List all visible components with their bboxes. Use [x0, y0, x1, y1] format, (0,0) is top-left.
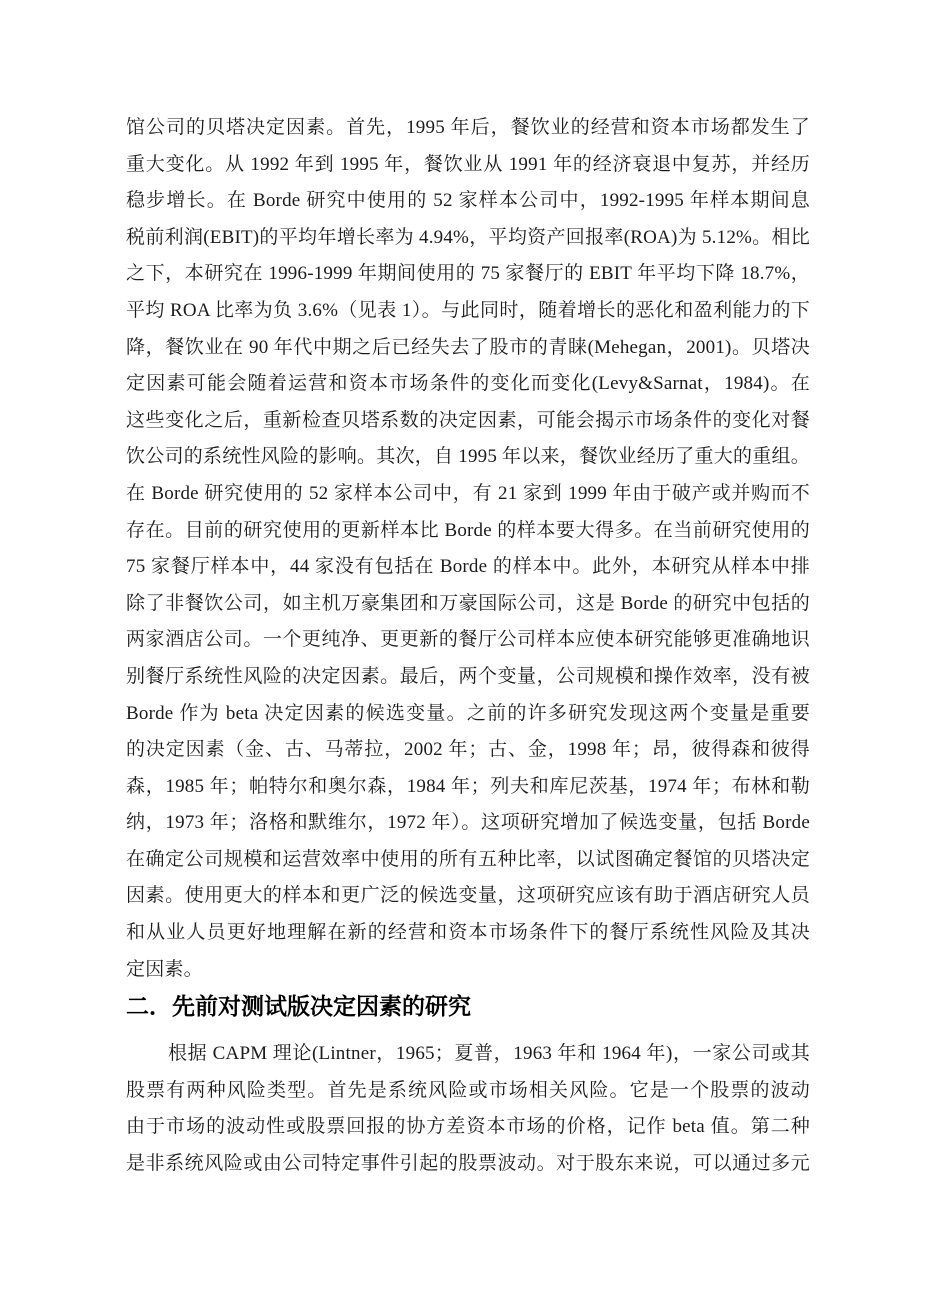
text-line: 的决定因素（金、古、马蒂拉，2002 年；古、金，1998 年；昂，彼得森和彼得 [126, 732, 810, 769]
text-line: 由于市场的波动性或股票回报的协方差资本市场的价格，记作 beta 值。第二种 [126, 1109, 810, 1146]
text-line: 75 家餐厅样本中，44 家没有包括在 Borde 的样本中。此外，本研究从样本… [126, 549, 810, 586]
text-line: 在确定公司规模和运营效率中使用的所有五种比率，以试图确定餐馆的贝塔决定 [126, 842, 810, 879]
text-line: 降，餐饮业在 90 年代中期之后已经失去了股市的青睐(Mehegan，2001)… [126, 330, 810, 367]
text-line: Borde 作为 beta 决定因素的候选变量。之前的许多研究发现这两个变量是重… [126, 696, 810, 733]
text-line: 存在。目前的研究使用的更新样本比 Borde 的样本要大得多。在当前研究使用的 [126, 513, 810, 550]
text-line: 根据 CAPM 理论(Lintner，1965；夏普，1963 年和 1964 … [126, 1036, 810, 1073]
text-line: 除了非餐饮公司，如主机万豪集团和万豪国际公司，这是 Borde 的研究中包括的 [126, 586, 810, 623]
text-line: 在 Borde 研究使用的 52 家样本公司中，有 21 家到 1999 年由于… [126, 476, 810, 513]
text-line: 定因素。 [126, 952, 810, 989]
text-line: 森，1985 年；帕特尔和奥尔森，1984 年；列夫和库尼茨基，1974 年；布… [126, 769, 810, 806]
text-line: 重大变化。从 1992 年到 1995 年，餐饮业从 1991 年的经济衰退中复… [126, 147, 810, 184]
text-line: 税前利润(EBIT)的平均年增长率为 4.94%，平均资产回报率(ROA)为 5… [126, 220, 810, 257]
text-line: 别餐厅系统性风险的决定因素。最后，两个变量，公司规模和操作效率，没有被 [126, 659, 810, 696]
text-line: 定因素可能会随着运营和资本市场条件的变化而变化(Levy&Sarnat，1984… [126, 366, 810, 403]
text-line: 和从业人员更好地理解在新的经营和资本市场条件下的餐厅系统性风险及其决 [126, 915, 810, 952]
text-column: 馆公司的贝塔决定因素。首先，1995 年后，餐饮业的经营和资本市场都发生了重大变… [126, 0, 810, 1183]
section-heading: 二．先前对测试版决定因素的研究 [126, 990, 810, 1022]
text-line: 之下，本研究在 1996-1999 年期间使用的 75 家餐厅的 EBIT 年平… [126, 256, 810, 293]
body-paragraph-2: 根据 CAPM 理论(Lintner，1965；夏普，1963 年和 1964 … [126, 1036, 810, 1182]
text-line: 两家酒店公司。一个更纯净、更更新的餐厅公司样本应使本研究能够更准确地识 [126, 622, 810, 659]
text-line: 这些变化之后，重新检查贝塔系数的决定因素，可能会揭示市场条件的变化对餐 [126, 403, 810, 440]
body-paragraph-continuation: 馆公司的贝塔决定因素。首先，1995 年后，餐饮业的经营和资本市场都发生了重大变… [126, 110, 810, 988]
text-line: 稳步增长。在 Borde 研究中使用的 52 家样本公司中，1992-1995 … [126, 183, 810, 220]
text-line: 平均 ROA 比率为负 3.6%（见表 1）。与此同时，随着增长的恶化和盈利能力… [126, 293, 810, 330]
text-line: 纳，1973 年；洛格和默维尔，1972 年）。这项研究增加了候选变量，包括 B… [126, 805, 810, 842]
text-line: 股票有两种风险类型。首先是系统风险或市场相关风险。它是一个股票的波动性， [126, 1073, 810, 1110]
document-page: 馆公司的贝塔决定因素。首先，1995 年后，餐饮业的经营和资本市场都发生了重大变… [0, 0, 926, 1309]
text-line: 因素。使用更大的样本和更广泛的候选变量，这项研究应该有助于酒店研究人员 [126, 878, 810, 915]
text-line: 馆公司的贝塔决定因素。首先，1995 年后，餐饮业的经营和资本市场都发生了 [126, 110, 810, 147]
text-line: 是非系统风险或由公司特定事件引起的股票波动。对于股东来说，可以通过多元 [126, 1146, 810, 1183]
text-line: 饮公司的系统性风险的影响。其次，自 1995 年以来，餐饮业经历了重大的重组。 [126, 439, 810, 476]
